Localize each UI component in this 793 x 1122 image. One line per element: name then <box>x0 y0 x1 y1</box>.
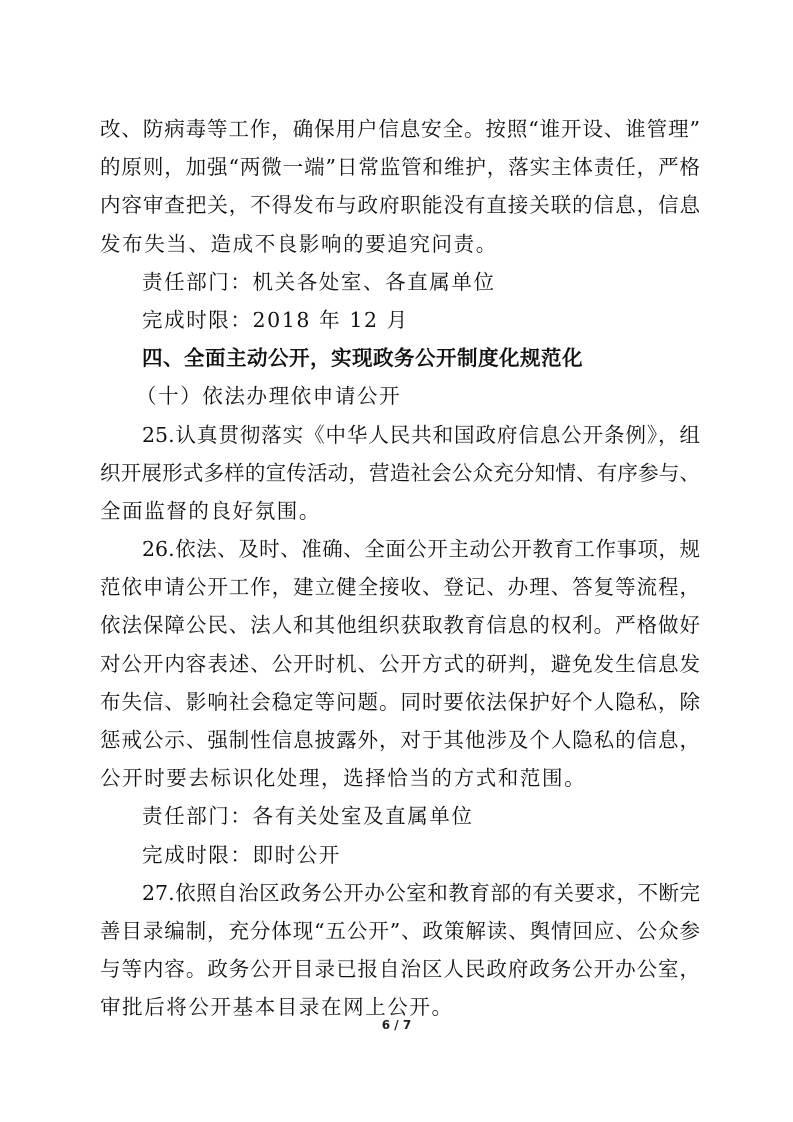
body-line: 内容审查把关，不得发布与政府职能没有直接关联的信息，信息 <box>100 186 700 224</box>
item-25-line: 25.认真贯彻落实《中华人民共和国政府信息公开条例》，组 <box>100 416 700 454</box>
body-line: 对公开内容表述、公开时机、公开方式的研判，避免发生信息发 <box>100 645 700 683</box>
item-26-line: 26.依法、及时、准确、全面公开主动公开教育工作事项，规 <box>100 530 700 568</box>
page-number: 6 / 7 <box>0 1018 793 1032</box>
body-line: 的原则，加强“两微一端”日常监管和维护，落实主体责任，严格 <box>100 148 700 186</box>
body-line: 改、防病毒等工作，确保用户信息安全。按照“谁开设、谁管理” <box>100 110 700 148</box>
body-line: 惩戒公示、强制性信息披露外，对于其他涉及个人隐私的信息， <box>100 721 700 759</box>
item-27-line: 27.依照自治区政务公开办公室和教育部的有关要求，不断完 <box>100 874 700 912</box>
body-line: 全面监督的良好氛围。 <box>100 492 700 530</box>
section-heading: 四、全面主动公开，实现政务公开制度化规范化 <box>100 339 700 377</box>
body-line: 依法保障公民、法人和其他组织获取教育信息的权利。严格做好 <box>100 606 700 644</box>
document-page: 改、防病毒等工作，确保用户信息安全。按照“谁开设、谁管理” 的原则，加强“两微一… <box>100 110 700 1027</box>
body-line: 布失信、影响社会稳定等问题。同时要依法保护好个人隐私，除 <box>100 683 700 721</box>
body-line: 公开时要去标识化处理，选择恰当的方式和范围。 <box>100 759 700 797</box>
body-line: 与等内容。政务公开目录已报自治区人民政府政务公开办公室， <box>100 950 700 988</box>
completion-deadline: 完成时限：即时公开 <box>100 836 700 874</box>
subsection-heading: （十）依法办理依申请公开 <box>100 377 700 415</box>
responsible-department: 责任部门：各有关处室及直属单位 <box>100 797 700 835</box>
body-line: 范依申请公开工作，建立健全接收、登记、办理、答复等流程， <box>100 568 700 606</box>
completion-deadline: 完成时限：2018 年 12 月 <box>100 301 700 339</box>
body-line: 善目录编制，充分体现“五公开”、政策解读、舆情回应、公众参 <box>100 912 700 950</box>
responsible-department: 责任部门：机关各处室、各直属单位 <box>100 263 700 301</box>
body-line: 发布失当、造成不良影响的要追究问责。 <box>100 225 700 263</box>
body-line: 织开展形式多样的宣传活动，营造社会公众充分知情、有序参与、 <box>100 454 700 492</box>
